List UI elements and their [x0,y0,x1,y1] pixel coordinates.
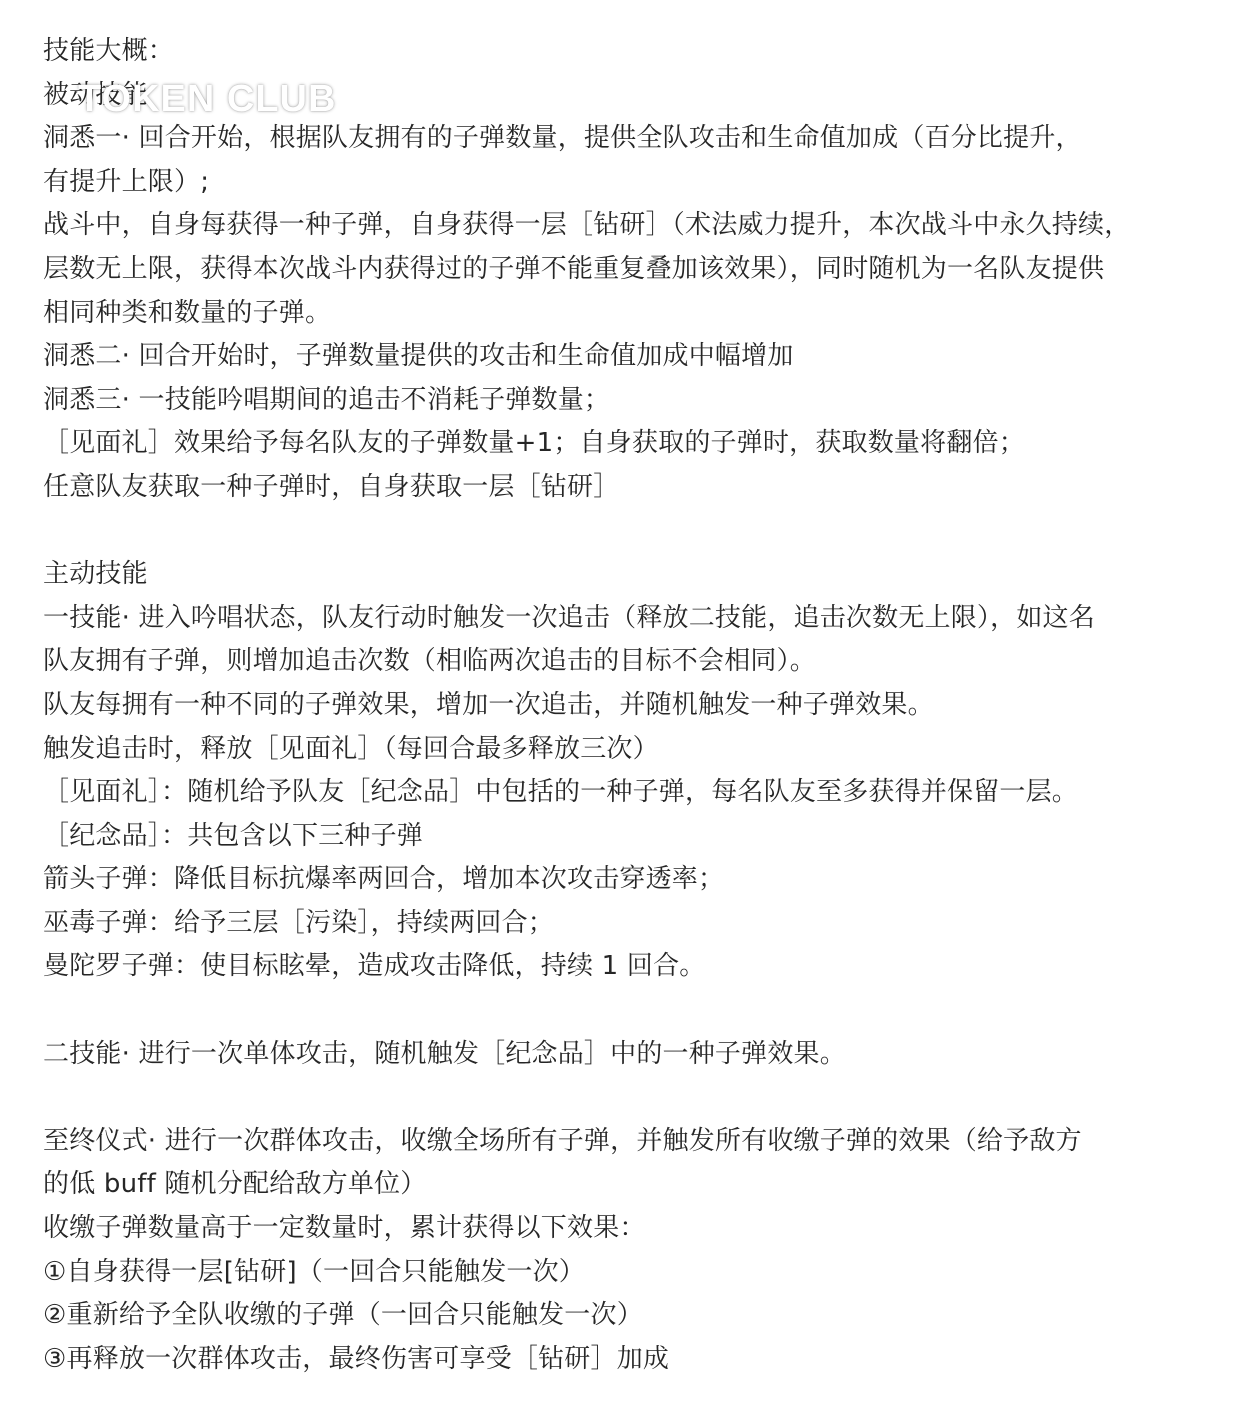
passive-line: 洞悉三· 一技能吟唱期间的追击不消耗子弹数量； [43,379,1223,423]
active-heading: 主动技能 [43,553,1223,597]
ultimate-line: ①自身获得一层[钻研]（一回合只能触发一次） [43,1251,1223,1295]
skill1-line: 触发追击时，释放［见面礼］（每回合最多释放三次） [43,728,1223,772]
ultimate-line: ③再释放一次群体攻击，最终伤害可享受［钻研］加成 [43,1338,1223,1382]
skill1-line: 一技能· 进入吟唱状态，队友行动时触发一次追击（释放二技能，追击次数无上限），如… [43,597,1223,641]
skill1-line: 队友拥有子弹，则增加追击次数（相临两次追击的目标不会相同）。 [43,640,1223,684]
passive-line: 相同种类和数量的子弹。 [43,292,1223,336]
document-title: 技能大概： [43,30,1223,74]
passive-line: 洞悉二· 回合开始时，子弹数量提供的攻击和生命值加成中幅增加 [43,335,1223,379]
ultimate-line: 收缴子弹数量高于一定数量时，累计获得以下效果： [43,1207,1223,1251]
skill1-line: ［见面礼］：随机给予队友［纪念品］中包括的一种子弹，每名队友至多获得并保留一层。 [43,771,1223,815]
passive-line: 层数无上限，获得本次战斗内获得过的子弹不能重复叠加该效果），同时随机为一名队友提… [43,248,1223,292]
skill1-line: ［纪念品］：共包含以下三种子弹 [43,815,1223,859]
spacer [43,989,1223,1033]
passive-line: 有提升上限）; [43,161,1223,205]
spacer [43,510,1223,554]
ultimate-line: 至终仪式· 进行一次群体攻击，收缴全场所有子弹，并触发所有收缴子弹的效果（给予敌… [43,1120,1223,1164]
passive-line: 任意队友获取一种子弹时，自身获取一层［钻研］ [43,466,1223,510]
passive-heading: 被动技能 [43,74,1223,118]
skill2-line: 二技能· 进行一次单体攻击，随机触发［纪念品］中的一种子弹效果。 [43,1033,1223,1077]
skill1-line: 曼陀罗子弹：使目标眩晕，造成攻击降低，持续 1 回合。 [43,945,1223,989]
passive-line: 战斗中，自身每获得一种子弹，自身获得一层［钻研］（术法威力提升，本次战斗中永久持… [43,204,1223,248]
ultimate-line: 的低 buff 随机分配给敌方单位） [43,1163,1223,1207]
spacer [43,1076,1223,1120]
skill1-line: 箭头子弹：降低目标抗爆率两回合，增加本次攻击穿透率； [43,858,1223,902]
passive-line: 洞悉一· 回合开始，根据队友拥有的子弹数量，提供全队攻击和生命值加成（百分比提升… [43,117,1223,161]
ultimate-line: ②重新给予全队收缴的子弹（一回合只能触发一次） [43,1294,1223,1338]
document-body: 技能大概： 被动技能 洞悉一· 回合开始，根据队友拥有的子弹数量，提供全队攻击和… [43,30,1223,1381]
passive-line: ［见面礼］效果给予每名队友的子弹数量+1；自身获取的子弹时，获取数量将翻倍； [43,422,1223,466]
skill1-line: 巫毒子弹：给予三层［污染］，持续两回合； [43,902,1223,946]
skill1-line: 队友每拥有一种不同的子弹效果，增加一次追击，并随机触发一种子弹效果。 [43,684,1223,728]
